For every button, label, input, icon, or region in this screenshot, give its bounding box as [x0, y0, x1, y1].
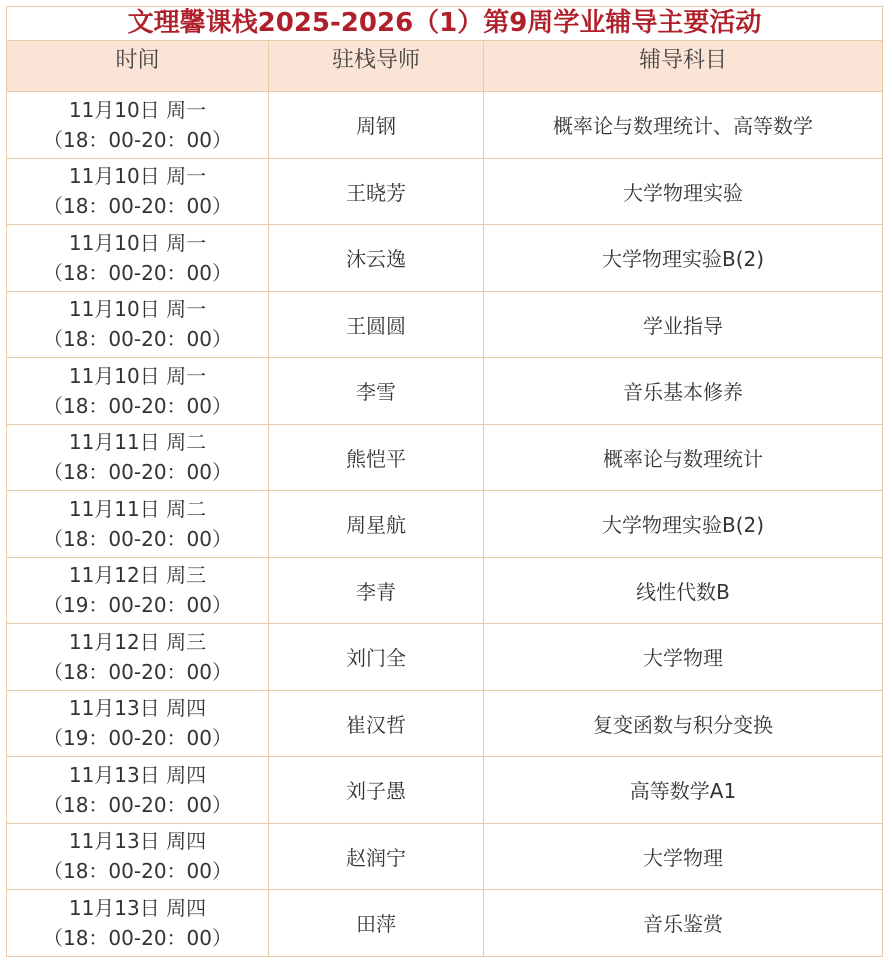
tutor-cell: 周钢	[269, 92, 484, 159]
column-header-subject: 辅导科目	[484, 41, 883, 92]
date-text: 11月13日 周四	[7, 826, 268, 856]
date-text: 11月11日 周二	[7, 427, 268, 457]
date-text: 11月11日 周二	[7, 494, 268, 524]
date-text: 11月13日 周四	[7, 760, 268, 790]
tutor-cell: 周星航	[269, 491, 484, 558]
tutor-cell: 李雪	[269, 358, 484, 425]
date-text: 11月12日 周三	[7, 627, 268, 657]
subject-cell: 音乐基本修养	[484, 358, 883, 425]
schedule-table: 文理馨课栈2025-2026（1）第9周学业辅导主要活动 时间 驻栈导师 辅导科…	[6, 6, 883, 957]
date-text: 11月10日 周一	[7, 228, 268, 258]
table-row: 11月10日 周一（18：00-20：00）李雪音乐基本修养	[7, 358, 883, 425]
subject-cell: 学业指导	[484, 291, 883, 358]
subject-cell: 高等数学A1	[484, 757, 883, 824]
time-range-text: （18：00-20：00）	[7, 457, 268, 487]
table-row: 11月11日 周二（18：00-20：00）熊恺平概率论与数理统计	[7, 424, 883, 491]
date-text: 11月12日 周三	[7, 560, 268, 590]
column-header-tutor: 驻栈导师	[269, 41, 484, 92]
date-text: 11月10日 周一	[7, 95, 268, 125]
time-cell: 11月13日 周四（18：00-20：00）	[7, 757, 269, 824]
time-range-text: （18：00-20：00）	[7, 657, 268, 687]
table-title: 文理馨课栈2025-2026（1）第9周学业辅导主要活动	[7, 7, 883, 41]
table-row: 11月10日 周一（18：00-20：00）王圆圆学业指导	[7, 291, 883, 358]
tutor-cell: 王晓芳	[269, 158, 484, 225]
table-row: 11月13日 周四（19：00-20：00）崔汉哲复变函数与积分变换	[7, 690, 883, 757]
tutor-cell: 崔汉哲	[269, 690, 484, 757]
time-range-text: （18：00-20：00）	[7, 191, 268, 221]
subject-cell: 概率论与数理统计	[484, 424, 883, 491]
tutor-cell: 沐云逸	[269, 225, 484, 292]
tutor-cell: 刘子愚	[269, 757, 484, 824]
table-row: 11月10日 周一（18：00-20：00）周钢概率论与数理统计、高等数学	[7, 92, 883, 159]
tutor-cell: 刘门全	[269, 624, 484, 691]
table-row: 11月12日 周三（19：00-20：00）李青线性代数B	[7, 557, 883, 624]
time-cell: 11月13日 周四（19：00-20：00）	[7, 690, 269, 757]
date-text: 11月13日 周四	[7, 693, 268, 723]
tutor-cell: 李青	[269, 557, 484, 624]
subject-cell: 大学物理	[484, 823, 883, 890]
time-cell: 11月10日 周一（18：00-20：00）	[7, 291, 269, 358]
time-cell: 11月11日 周二（18：00-20：00）	[7, 491, 269, 558]
subject-cell: 音乐鉴赏	[484, 890, 883, 957]
time-range-text: （19：00-20：00）	[7, 590, 268, 620]
time-cell: 11月10日 周一（18：00-20：00）	[7, 358, 269, 425]
table-row: 11月13日 周四（18：00-20：00）田萍音乐鉴赏	[7, 890, 883, 957]
time-cell: 11月13日 周四（18：00-20：00）	[7, 890, 269, 957]
subject-cell: 概率论与数理统计、高等数学	[484, 92, 883, 159]
tutor-cell: 熊恺平	[269, 424, 484, 491]
time-range-text: （18：00-20：00）	[7, 125, 268, 155]
title-row: 文理馨课栈2025-2026（1）第9周学业辅导主要活动	[7, 7, 883, 41]
table-row: 11月13日 周四（18：00-20：00）刘子愚高等数学A1	[7, 757, 883, 824]
time-cell: 11月10日 周一（18：00-20：00）	[7, 92, 269, 159]
tutor-cell: 赵润宁	[269, 823, 484, 890]
date-text: 11月10日 周一	[7, 294, 268, 324]
subject-cell: 线性代数B	[484, 557, 883, 624]
header-row: 时间 驻栈导师 辅导科目	[7, 41, 883, 92]
subject-cell: 大学物理实验B(2)	[484, 225, 883, 292]
time-cell: 11月12日 周三（19：00-20：00）	[7, 557, 269, 624]
time-cell: 11月10日 周一（18：00-20：00）	[7, 225, 269, 292]
time-cell: 11月11日 周二（18：00-20：00）	[7, 424, 269, 491]
subject-cell: 大学物理实验	[484, 158, 883, 225]
time-range-text: （18：00-20：00）	[7, 391, 268, 421]
date-text: 11月10日 周一	[7, 161, 268, 191]
time-range-text: （18：00-20：00）	[7, 324, 268, 354]
time-range-text: （18：00-20：00）	[7, 856, 268, 886]
time-range-text: （18：00-20：00）	[7, 258, 268, 288]
time-range-text: （18：00-20：00）	[7, 790, 268, 820]
tutor-cell: 田萍	[269, 890, 484, 957]
column-header-time: 时间	[7, 41, 269, 92]
table-row: 11月10日 周一（18：00-20：00）王晓芳大学物理实验	[7, 158, 883, 225]
time-cell: 11月13日 周四（18：00-20：00）	[7, 823, 269, 890]
tutor-cell: 王圆圆	[269, 291, 484, 358]
time-range-text: （18：00-20：00）	[7, 923, 268, 953]
time-range-text: （19：00-20：00）	[7, 723, 268, 753]
table-row: 11月13日 周四（18：00-20：00）赵润宁大学物理	[7, 823, 883, 890]
date-text: 11月10日 周一	[7, 361, 268, 391]
time-cell: 11月12日 周三（18：00-20：00）	[7, 624, 269, 691]
table-row: 11月12日 周三（18：00-20：00）刘门全大学物理	[7, 624, 883, 691]
subject-cell: 大学物理	[484, 624, 883, 691]
subject-cell: 大学物理实验B(2)	[484, 491, 883, 558]
table-row: 11月11日 周二（18：00-20：00）周星航大学物理实验B(2)	[7, 491, 883, 558]
date-text: 11月13日 周四	[7, 893, 268, 923]
table-row: 11月10日 周一（18：00-20：00）沐云逸大学物理实验B(2)	[7, 225, 883, 292]
schedule-sheet: 文理馨课栈2025-2026（1）第9周学业辅导主要活动 时间 驻栈导师 辅导科…	[6, 6, 882, 957]
subject-cell: 复变函数与积分变换	[484, 690, 883, 757]
time-range-text: （18：00-20：00）	[7, 524, 268, 554]
time-cell: 11月10日 周一（18：00-20：00）	[7, 158, 269, 225]
